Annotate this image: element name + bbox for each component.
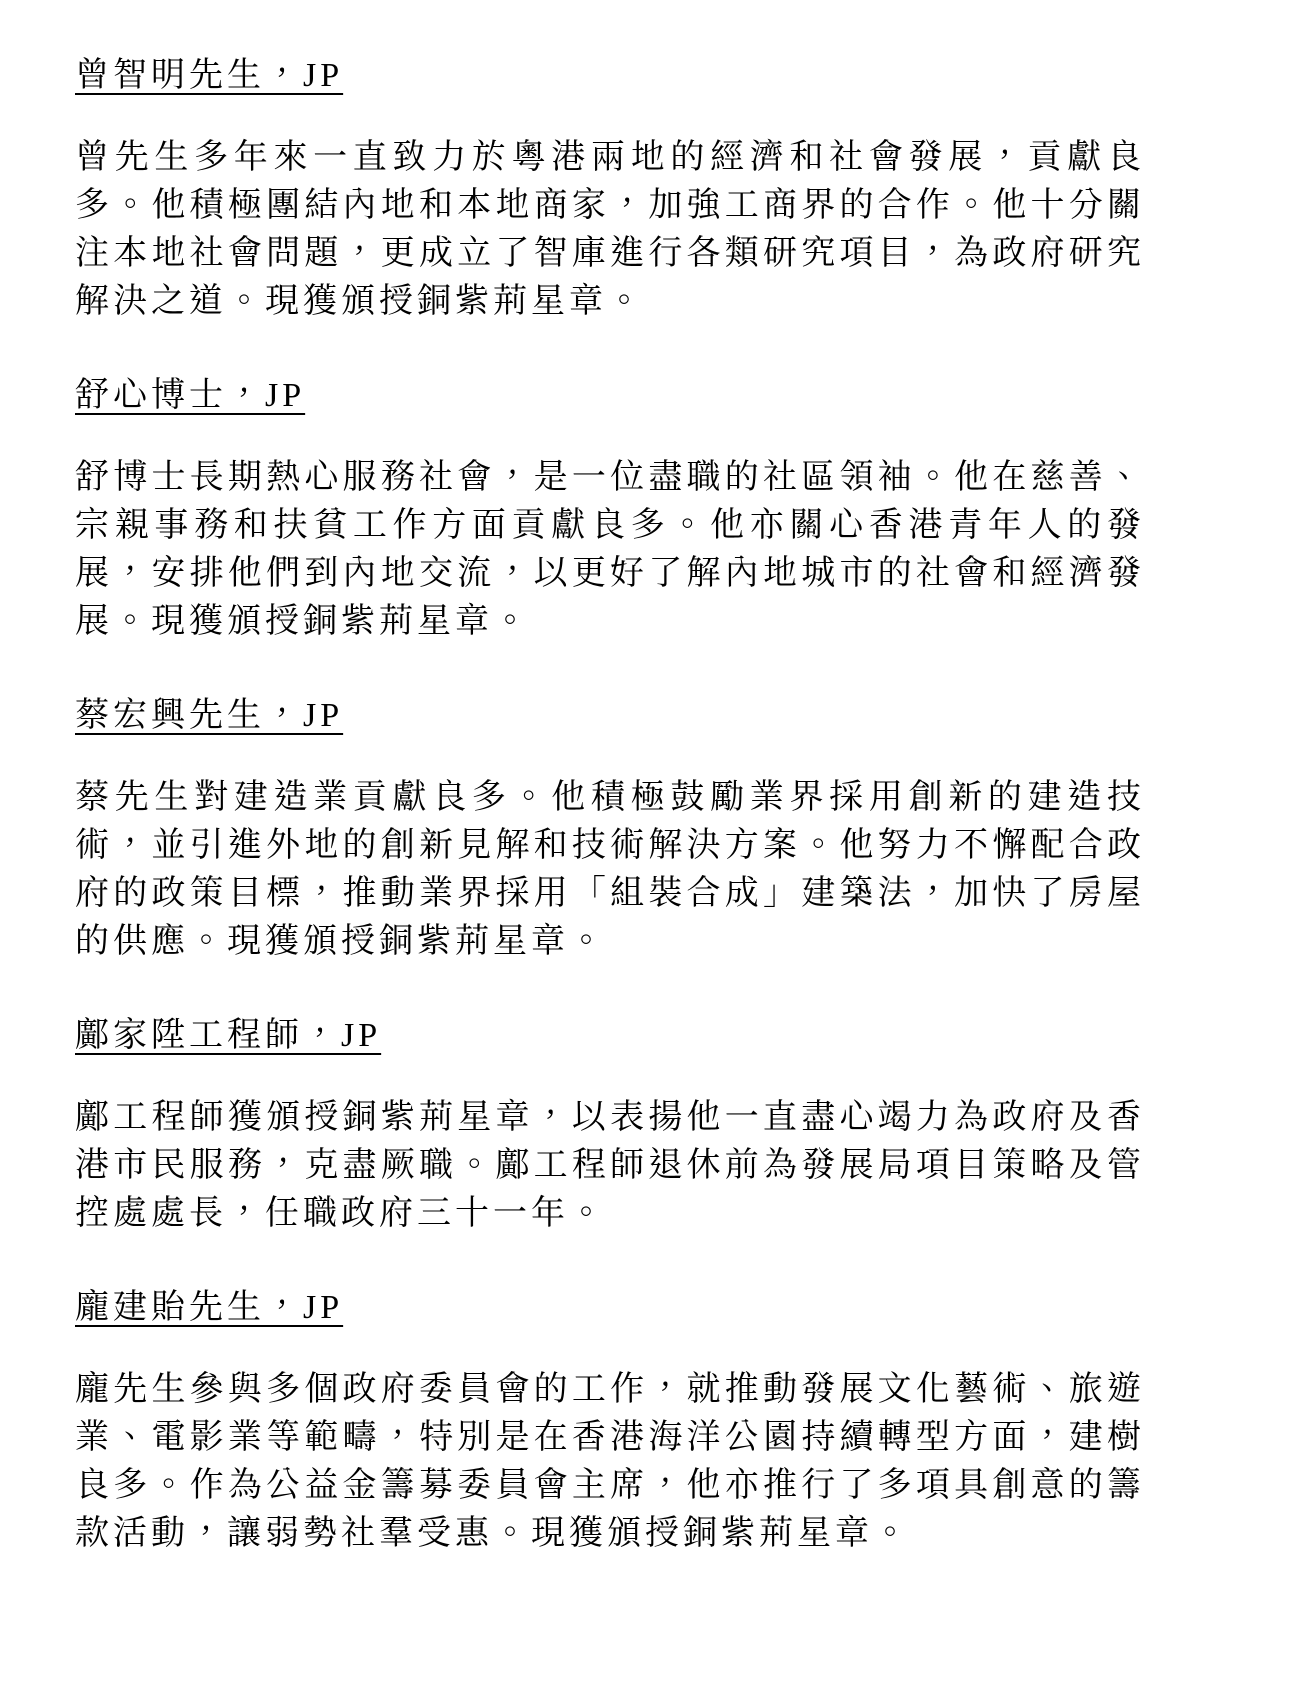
honoree-heading: 龐建貽先生，JP [75, 1284, 1145, 1332]
honoree-citation: 舒博士長期熱心服務社會，是一位盡職的社區領袖。他在慈善、宗親事務和扶貧工作方面貢… [75, 454, 1145, 646]
honoree-heading: 曾智明先生，JP [75, 52, 1145, 100]
honoree-heading: 鄺家陞工程師，JP [75, 1012, 1145, 1060]
honoree-section: 鄺家陞工程師，JP 鄺工程師獲頒授銅紫荊星章，以表揚他一直盡心竭力為政府及香港市… [75, 1012, 1145, 1238]
honoree-section: 曾智明先生，JP 曾先生多年來一直致力於粵港兩地的經濟和社會發展，貢獻良多。他積… [75, 52, 1145, 326]
honoree-citation: 鄺工程師獲頒授銅紫荊星章，以表揚他一直盡心竭力為政府及香港市民服務，克盡厥職。鄺… [75, 1094, 1145, 1238]
document-page: 曾智明先生，JP 曾先生多年來一直致力於粵港兩地的經濟和社會發展，貢獻良多。他積… [0, 0, 1289, 1693]
honoree-citation: 龐先生參與多個政府委員會的工作，就推動發展文化藝術、旅遊業、電影業等範疇，特別是… [75, 1366, 1145, 1558]
honoree-section: 蔡宏興先生，JP 蔡先生對建造業貢獻良多。他積極鼓勵業界採用創新的建造技術，並引… [75, 692, 1145, 966]
honoree-section: 龐建貽先生，JP 龐先生參與多個政府委員會的工作，就推動發展文化藝術、旅遊業、電… [75, 1284, 1145, 1558]
honoree-citation: 曾先生多年來一直致力於粵港兩地的經濟和社會發展，貢獻良多。他積極團結內地和本地商… [75, 134, 1145, 326]
honoree-section: 舒心博士，JP 舒博士長期熱心服務社會，是一位盡職的社區領袖。他在慈善、宗親事務… [75, 372, 1145, 646]
honoree-heading: 舒心博士，JP [75, 372, 1145, 420]
honoree-citation: 蔡先生對建造業貢獻良多。他積極鼓勵業界採用創新的建造技術，並引進外地的創新見解和… [75, 774, 1145, 966]
honoree-heading: 蔡宏興先生，JP [75, 692, 1145, 740]
